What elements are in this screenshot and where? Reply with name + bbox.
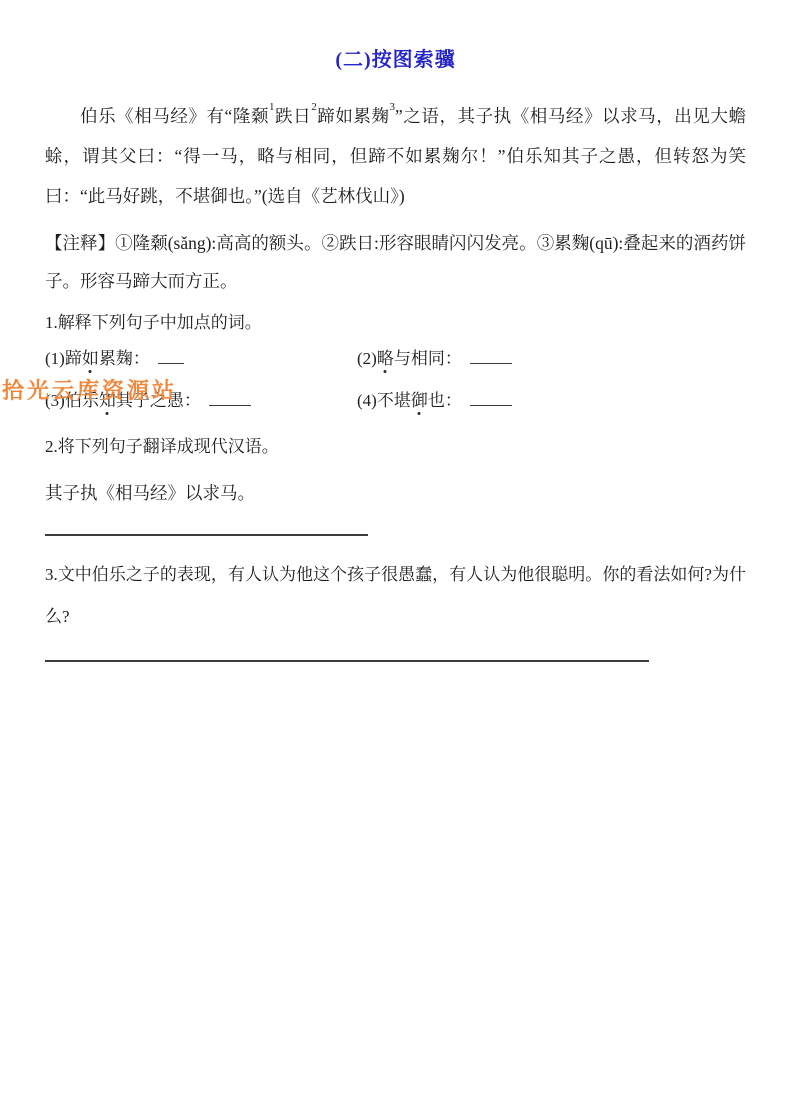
- note-marker: 3: [390, 101, 396, 113]
- q1-item: (1)蹄如累麹：: [45, 344, 357, 374]
- answer-blank: [470, 392, 512, 406]
- answer-blank: [209, 392, 251, 406]
- answer-blank: [158, 350, 184, 364]
- q1-item-text: 也：: [428, 391, 462, 410]
- q1-item-text: 累麹：: [99, 349, 150, 368]
- question-1-label: 1.解释下列句子中加点的词。: [45, 308, 746, 338]
- q1-item: (4)不堪御也：: [357, 386, 746, 416]
- page-content: (二)按图索骥 伯乐《相马经》有“隆颡1跌日2蹄如累麹3”之语，其子执《相马经》…: [0, 0, 790, 662]
- question-2-sentence: 其子执《相马经》以求马。: [45, 478, 746, 508]
- passage-segment: 伯乐《相马经》有“隆颡: [80, 106, 269, 126]
- dotted-character: 略: [377, 349, 394, 368]
- page-title: (二)按图索骥: [45, 46, 746, 74]
- dotted-character: 知: [99, 391, 116, 410]
- q1-item-text: (2): [357, 349, 377, 368]
- dotted-character: 如: [82, 349, 99, 368]
- passage-segment: 跌日: [274, 106, 311, 126]
- passage-segment: 蹄如累麹: [317, 106, 390, 126]
- note-marker: 1: [269, 101, 275, 113]
- note-marker: 2: [311, 101, 317, 113]
- q1-item-text: 其子之愚：: [116, 391, 201, 410]
- answer-line-q3: [45, 660, 649, 662]
- q1-item-text: (4)不堪: [357, 391, 411, 410]
- answer-line-q2: [45, 534, 368, 536]
- question-2-label: 2.将下列句子翻译成现代汉语。: [45, 432, 746, 462]
- notes-text: 【注释】①隆颡(sǎng):高高的额头。②跌日:形容眼睛闪闪发亮。③累麴(qū)…: [45, 224, 746, 300]
- q1-item: (2)略与相同：: [357, 344, 746, 374]
- answer-blank: [470, 350, 512, 364]
- q1-item: (3)伯乐知其子之愚：: [45, 386, 357, 416]
- worksheet-page: 拾光云库资源站 (二)按图索骥 伯乐《相马经》有“隆颡1跌日2蹄如累麹3”之语，…: [0, 0, 790, 1118]
- question-1-items: (1)蹄如累麹：(2)略与相同：(3)伯乐知其子之愚：(4)不堪御也：: [45, 344, 746, 416]
- passage-text: 伯乐《相马经》有“隆颡1跌日2蹄如累麹3”之语，其子执《相马经》以求马，出见大蟾…: [45, 96, 746, 216]
- q1-item-text: 与相同：: [394, 349, 462, 368]
- q1-item-text: (1)蹄: [45, 349, 82, 368]
- q1-item-text: (3)伯乐: [45, 391, 99, 410]
- dotted-character: 御: [411, 391, 428, 410]
- question-3-label: 3.文中伯乐之子的表现，有人认为他这个孩子很愚蠢，有人认为他很聪明。你的看法如何…: [45, 554, 746, 638]
